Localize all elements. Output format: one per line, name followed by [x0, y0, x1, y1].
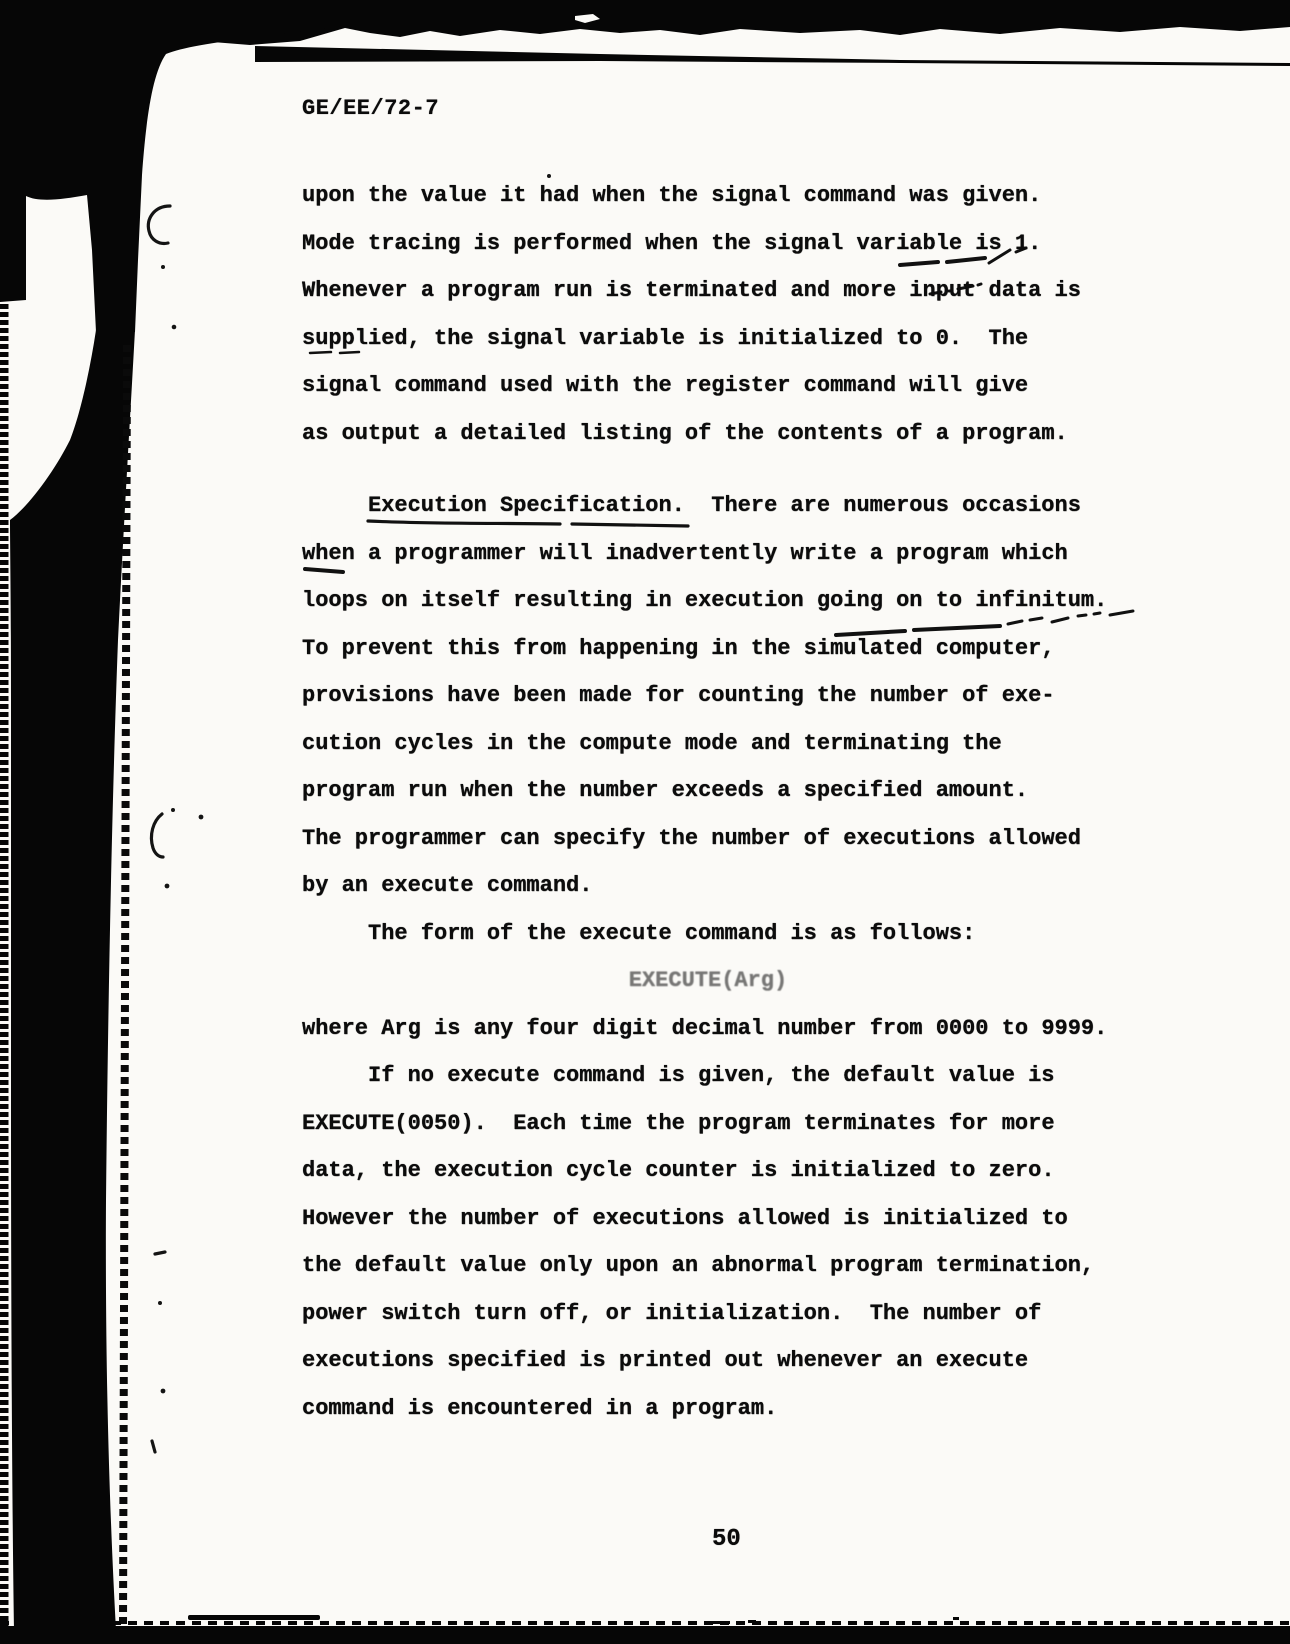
text-line: The programmer can specify the number of…: [302, 815, 1114, 863]
scanned-document-page: GE/EE/72-7 upon the value it had when th…: [0, 0, 1290, 1644]
text-line: loops on itself resulting in execution g…: [302, 577, 1114, 625]
handwritten-dash: [155, 1252, 165, 1254]
text-line: supplied, the signal variable is initial…: [302, 315, 1114, 363]
text-line: where Arg is any four digit decimal numb…: [302, 1005, 1114, 1053]
text-line: when a programmer will inadvertently wri…: [302, 530, 1114, 578]
scan-bottom-smear: [188, 1615, 320, 1620]
text-line: the default value only upon an abnormal …: [302, 1242, 1114, 1290]
text-line: command is encountered in a program.: [302, 1385, 1114, 1433]
pen-dot-2: [172, 325, 177, 330]
pen-dot-4: [199, 815, 204, 820]
text-line: Mode tracing is performed when the signa…: [302, 220, 1114, 268]
text-line: data, the execution cycle counter is ini…: [302, 1147, 1114, 1195]
text-line: signal command used with the register co…: [302, 362, 1114, 410]
pen-dot-7: [161, 1389, 166, 1394]
text-line: provisions have been made for counting t…: [302, 672, 1114, 720]
text-line: as output a detailed listing of the cont…: [302, 410, 1114, 458]
pen-dot-1: [161, 265, 165, 269]
scan-top-bar: [0, 0, 1290, 47]
text-line: To prevent this from happening in the si…: [302, 625, 1114, 673]
handwritten-tick: [152, 1441, 155, 1452]
text-line: If no execute command is given, the defa…: [302, 1052, 1114, 1100]
text-line: The form of the execute command is as fo…: [302, 910, 1114, 958]
scan-left-band: [10, 330, 135, 1630]
handwritten-paren-mid: [151, 814, 163, 857]
text-line: EXECUTE(Arg): [302, 957, 1114, 1005]
scan-bottom-bar: [0, 1626, 1290, 1644]
pen-dot-5: [165, 884, 170, 889]
scan-edge-line: [255, 46, 1290, 66]
handwritten-paren-top: [148, 206, 170, 243]
text-line: Whenever a program run is terminated and…: [302, 267, 1114, 315]
text-line: by an execute command.: [302, 862, 1114, 910]
text-line: program run when the number exceeds a sp…: [302, 767, 1114, 815]
text-line: executions specified is printed out when…: [302, 1337, 1114, 1385]
page-number: 50: [712, 1526, 741, 1553]
scan-bottom-dot-1: [712, 1621, 730, 1624]
text-line: Execution Specification. There are numer…: [302, 482, 1114, 530]
scan-bottom-dot-2: [748, 1620, 756, 1623]
text-line: However the number of executions allowed…: [302, 1195, 1114, 1243]
scan-bottom-dot-3: [953, 1617, 959, 1620]
report-number-header: GE/EE/72-7: [302, 96, 439, 121]
text-line: upon the value it had when the signal co…: [302, 172, 1114, 220]
pen-dot-3: [171, 808, 175, 812]
scan-hatch-line: [123, 345, 127, 1630]
scan-tear-mark: [575, 14, 600, 23]
text-line: EXECUTE(0050). Each time the program ter…: [302, 1100, 1114, 1148]
scan-corner-blob: [0, 0, 345, 332]
text-line: cution cycles in the compute mode and te…: [302, 720, 1114, 768]
text-line: power switch turn off, or initialization…: [302, 1290, 1114, 1338]
pen-dot-6: [158, 1301, 162, 1305]
typewritten-body: upon the value it had when the signal co…: [302, 172, 1114, 1432]
